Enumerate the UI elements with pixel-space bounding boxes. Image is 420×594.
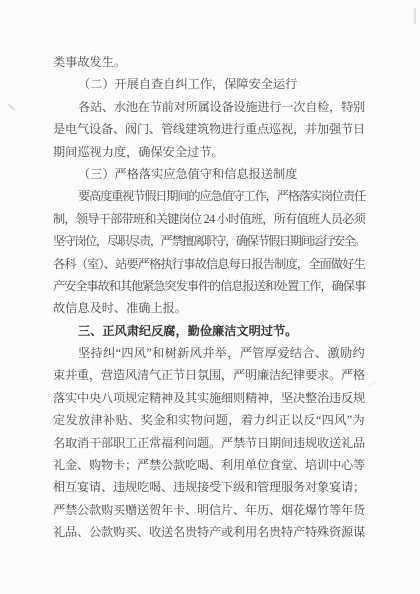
text-line: 坚守岗位，尽职尽责，严禁擅离职守，确保节假日期间运行安全。 xyxy=(53,230,365,252)
scan-artifact xyxy=(366,381,375,387)
text-line: 各站、水池在节前对所属设备设施进行一次自检，特别 xyxy=(53,96,365,118)
text-line: 定发放津补贴、奖金和实物问题，着力纠正以反“四风”为 xyxy=(53,409,365,431)
text-line: 制，领导干部带班和关键岗位 24 小时值班，所有值班人员必须 xyxy=(53,208,365,230)
text-line: 名取消干部职工正常福利问题。严禁节日期间违规收送礼品 xyxy=(53,432,365,454)
document-body: 类事故发生。（二）开展自查自纠工作，保障安全运行各站、水池在节前对所属设备设施进… xyxy=(53,51,365,544)
text-line: （二）开展自查自纠工作，保障安全运行 xyxy=(53,73,365,95)
text-line: 严禁公款购买赠送贺年卡、明信片、年历、烟花爆竹等年货 xyxy=(53,499,365,521)
scan-artifact xyxy=(414,8,416,24)
text-line: 产安全事故和其他紧急突发事件的信息报送和处置工作，确保事 xyxy=(53,275,365,297)
text-line: 礼金、购物卡；严禁公款吃喝、利用单位食堂、培训中心等 xyxy=(53,454,365,476)
heading-line: 三、正风肃纪反腐，勤俭廉洁文明过节。 xyxy=(53,320,365,342)
text-line: 礼品、公款购买、收送名贵特产或利用名贵特产特殊资源谋 xyxy=(53,521,365,543)
text-line: 各科（室）、站要严格执行事故信息每日报告制度，全面做好生 xyxy=(53,253,365,275)
text-line: （三）严格落实应急值守和信息报送制度 xyxy=(53,163,365,185)
text-line: 要高度重视节假日期间的应急值守工作，严格落实岗位责任 xyxy=(53,185,365,207)
text-line: 类事故发生。 xyxy=(53,51,365,73)
text-line: 坚持纠“四风”和树新风并举，严管厚爱结合、激励约 xyxy=(53,342,365,364)
text-line: 是电气设备、阀门、管线建筑物进行重点巡视，并加强节日 xyxy=(53,118,365,140)
text-line: 期间巡视力度，确保安全过节。 xyxy=(53,141,365,163)
scanned-document-page: 类事故发生。（二）开展自查自纠工作，保障安全运行各站、水池在节前对所属设备设施进… xyxy=(0,0,420,594)
text-line: 落实中央八项规定精神及其实施细则精神，坚决整治违反规 xyxy=(53,387,365,409)
scan-artifact xyxy=(8,103,16,110)
text-line: 故信息及时、准确上报。 xyxy=(53,297,365,319)
text-line: 相互宴请、违规吃喝、违规接受下级和管理服务对象宴请； xyxy=(53,476,365,498)
text-line: 束并重，营造风清气正节日氛围，严明廉洁纪律要求。严格 xyxy=(53,364,365,386)
